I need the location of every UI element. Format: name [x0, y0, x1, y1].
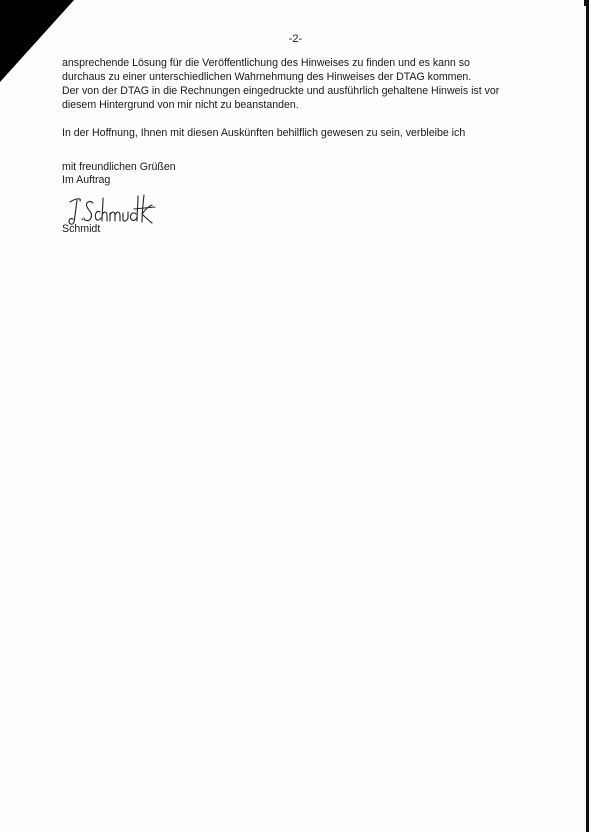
body-line: durchaus zu einer unterschiedlichen Wahr… [62, 70, 532, 84]
page-number: -2- [0, 33, 591, 45]
signer-name: Schmidt [62, 223, 100, 235]
scan-right-edge-top [584, 0, 589, 6]
body-line: diesem Hintergrund von mir nicht zu bean… [62, 98, 532, 112]
letter-closing: mit freundlichen Grüßen Im Auftrag [62, 161, 176, 187]
letter-body: ansprechende Lösung für die Veröffentlic… [62, 56, 532, 140]
scan-right-edge [586, 0, 589, 832]
paragraph-gap [62, 112, 532, 126]
closing-salutation: mit freundlichen Grüßen [62, 161, 176, 174]
body-line: In der Hoffnung, Ihnen mit diesen Auskün… [62, 126, 532, 140]
body-line: Der von der DTAG in die Rechnungen einge… [62, 84, 532, 98]
body-line: ansprechende Lösung für die Veröffentlic… [62, 56, 532, 70]
closing-on-behalf: Im Auftrag [62, 174, 176, 187]
document-page: -2- ansprechende Lösung für die Veröffen… [0, 0, 591, 832]
